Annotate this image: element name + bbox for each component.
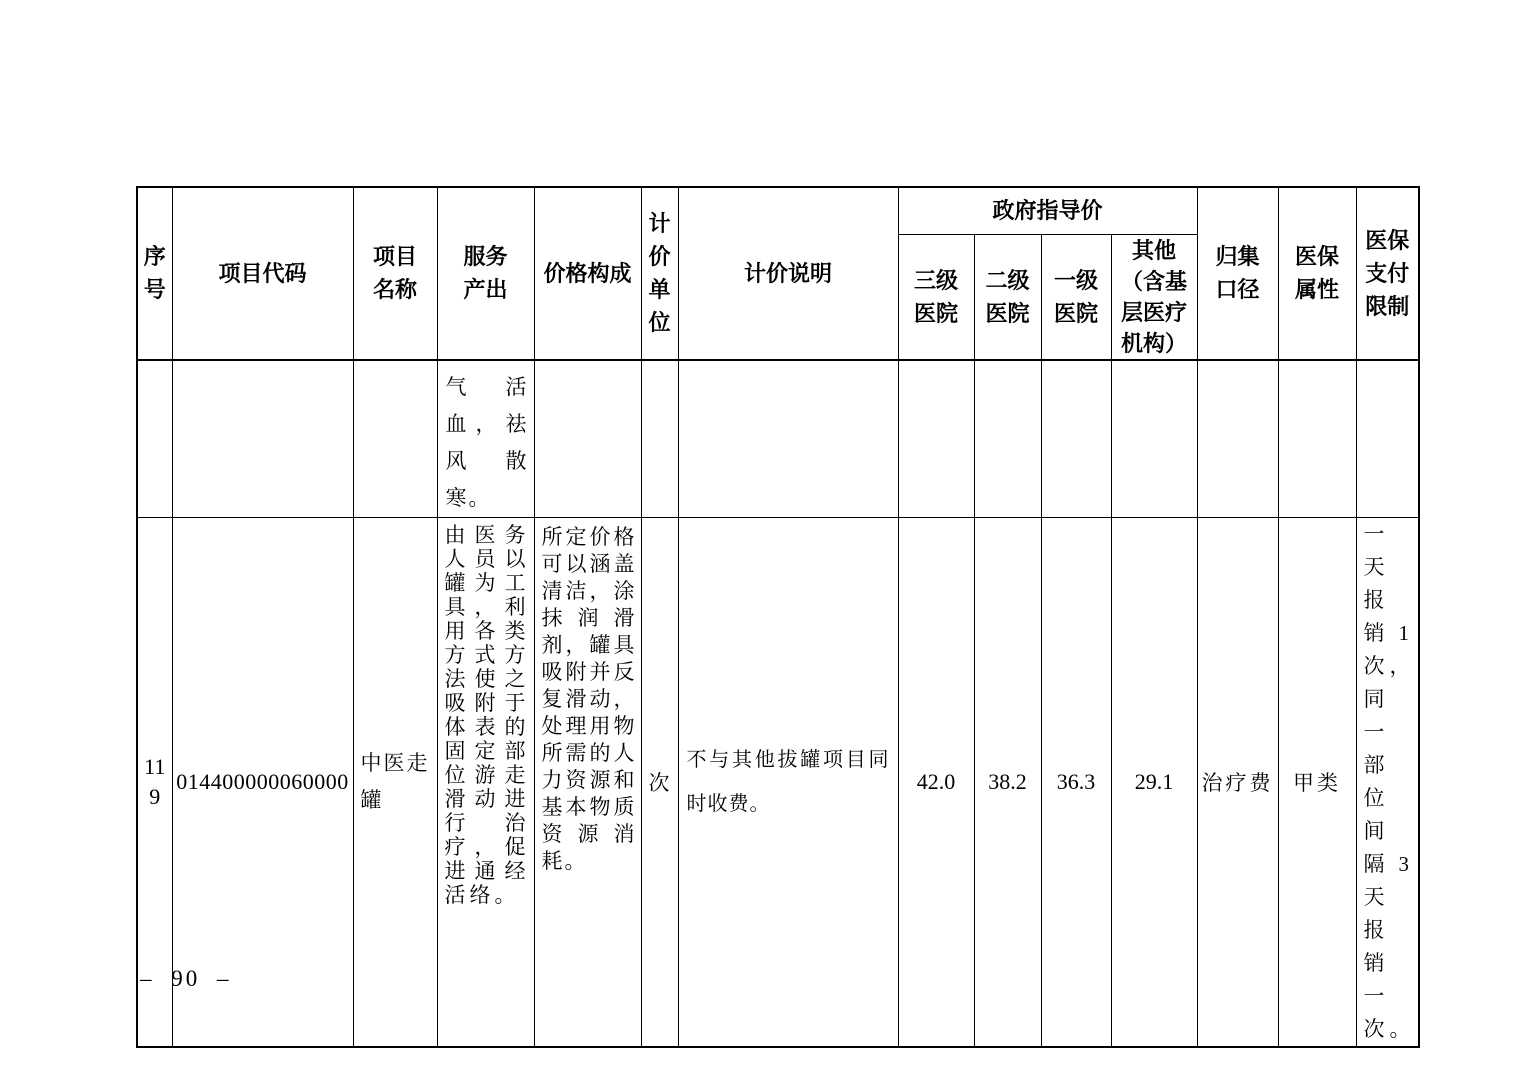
col-header-price-composition: 价格构成 xyxy=(534,187,641,360)
cell-insurance-class: 甲类 xyxy=(1278,517,1356,1047)
cell-pricing-unit: 次 xyxy=(641,517,678,1047)
col-header-tier3-hospital: 三级 医院 xyxy=(898,234,974,360)
table-row-continuation: 气活血，祛风散寒。 xyxy=(137,360,1419,518)
cell-other-price xyxy=(1111,360,1197,518)
cell-price-composition xyxy=(534,360,641,518)
cell-tier3-price: 42.0 xyxy=(898,517,974,1047)
cell-tier1-price: 36.3 xyxy=(1041,517,1111,1047)
col-header-pricing-unit: 计 价 单 位 xyxy=(641,187,678,360)
col-header-insurance-pay-limit: 医保 支付 限制 xyxy=(1356,187,1419,360)
cell-serial xyxy=(137,360,172,518)
col-header-serial: 序 号 xyxy=(137,187,172,360)
cell-pricing-note: 不与其他拔罐项目同时收费。 xyxy=(678,517,898,1047)
cell-item-code xyxy=(172,360,353,518)
table-header: 序 号 项目代码 项目 名称 服务 产出 价格构成 计 价 单 位 计价说明 政… xyxy=(137,187,1419,360)
cell-insurance-pay-limit xyxy=(1356,360,1419,518)
col-header-service-output: 服务 产出 xyxy=(437,187,534,360)
cell-other-price: 29.1 xyxy=(1111,517,1197,1047)
cell-tier2-price xyxy=(974,360,1041,518)
col-header-other-institutions: 其他 （含基 层医疗 机构） xyxy=(1111,234,1197,360)
cell-item-name: 中医走罐 xyxy=(353,517,437,1047)
cell-tier2-price: 38.2 xyxy=(974,517,1041,1047)
cell-fee-category: 治疗费 xyxy=(1197,517,1278,1047)
col-header-pricing-note: 计价说明 xyxy=(678,187,898,360)
cell-fee-category xyxy=(1197,360,1278,518)
cell-tier3-price xyxy=(898,360,974,518)
cell-price-composition: 所定价格可以涵盖清洁，涂抹润滑剂，罐具吸附并反复滑动，处理用物所需的人力资源和基… xyxy=(534,517,641,1047)
cell-item-name xyxy=(353,360,437,518)
cell-insurance-class xyxy=(1278,360,1356,518)
cell-service-output: 气活血，祛风散寒。 xyxy=(437,360,534,518)
cell-insurance-pay-limit: 一天报销1次，同一部位间隔3天报销一次。 xyxy=(1356,517,1419,1047)
col-group-government-guide-price: 政府指导价 xyxy=(898,187,1197,234)
cell-service-output: 由医务人员以罐为工具，利用各类方式方法使之吸附于体表的固定部位游走滑动进行治疗，… xyxy=(437,517,534,1047)
col-header-tier1-hospital: 一级 医院 xyxy=(1041,234,1111,360)
col-header-item-code: 项目代码 xyxy=(172,187,353,360)
col-header-insurance-class: 医保 属性 xyxy=(1278,187,1356,360)
col-header-tier2-hospital: 二级 医院 xyxy=(974,234,1041,360)
cell-pricing-unit xyxy=(641,360,678,518)
col-header-fee-category: 归集 口径 xyxy=(1197,187,1278,360)
table-row-item-119: 119 014400000060000 中医走罐 由医务人员以罐为工具，利用各类… xyxy=(137,517,1419,1047)
col-header-item-name: 项目 名称 xyxy=(353,187,437,360)
cell-pricing-note xyxy=(678,360,898,518)
pricing-table: 序 号 项目代码 项目 名称 服务 产出 价格构成 计 价 单 位 计价说明 政… xyxy=(136,186,1420,1048)
cell-tier1-price xyxy=(1041,360,1111,518)
page-number: – 90 – xyxy=(140,966,232,992)
